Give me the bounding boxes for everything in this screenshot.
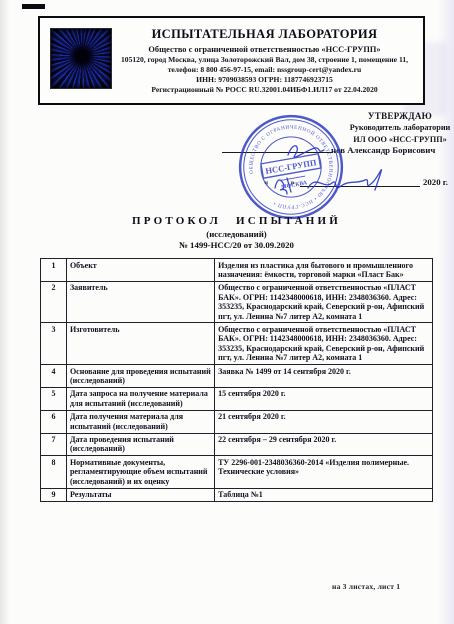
row-value: ТУ 2296-001-2348036360-2014 «Изделия пол… bbox=[215, 456, 433, 488]
row-value: 21 сентября 2020 г. bbox=[215, 410, 433, 433]
row-value: Общество с ограниченной ответственностью… bbox=[215, 281, 433, 323]
protocol-table: 1 Объект Изделия из пластика для бытовог… bbox=[40, 258, 433, 502]
row-number: 6 bbox=[41, 410, 67, 433]
lab-address: 105120, город Москва, улица Золоторожски… bbox=[112, 56, 417, 65]
row-number: 8 bbox=[41, 456, 67, 488]
row-label: Дата проведения испытаний (исследований) bbox=[66, 433, 214, 456]
lab-inn-ogrn: ИНН: 9709038593 ОГРН: 1187746923715 bbox=[112, 76, 417, 85]
table-row: 1 Объект Изделия из пластика для бытовог… bbox=[41, 259, 433, 282]
approver-name: нов Александр Борисович bbox=[331, 145, 435, 155]
approval-year: 2020 г. bbox=[423, 177, 448, 187]
protocol-subtitle: (исследований) bbox=[40, 229, 433, 239]
row-label: Дата получения материала для испытаний (… bbox=[66, 410, 214, 433]
table-row: 6 Дата получения материала для испытаний… bbox=[41, 410, 433, 433]
table-row: 7 Дата проведения испытаний (исследовани… bbox=[41, 433, 433, 456]
row-number: 3 bbox=[41, 323, 67, 365]
row-number: 1 bbox=[41, 259, 67, 282]
scan-left-shading bbox=[0, 0, 10, 624]
protocol-table-body: 1 Объект Изделия из пластика для бытовог… bbox=[41, 259, 433, 502]
letterhead-text: ИСПЫТАТЕЛЬНАЯ ЛАБОРАТОРИЯ Общество с огр… bbox=[112, 23, 417, 94]
scan-artifact-bar bbox=[22, 4, 45, 9]
table-row: 9 Результаты Таблица №1 bbox=[41, 488, 433, 501]
laboratory-starburst-logo bbox=[50, 28, 112, 89]
approve-label: УТВЕРЖДАЮ bbox=[347, 110, 453, 122]
row-number: 2 bbox=[41, 281, 67, 323]
row-label: Нормативные документы, регламентирующие … bbox=[66, 456, 214, 488]
row-label: Изготовитель bbox=[66, 323, 214, 365]
protocol-title-block: ПРОТОКОЛ ИСПЫТАНИЙ (исследований) № 1499… bbox=[40, 215, 433, 250]
row-value: Таблица №1 bbox=[215, 488, 433, 501]
approval-block: УТВЕРЖДАЮ Руководитель лаборатории ИЛ ОО… bbox=[347, 110, 453, 146]
table-row: 4 Основание для проведения испытаний (ис… bbox=[41, 365, 433, 388]
row-value: 22 сентября – 29 сентября 2020 г. bbox=[215, 433, 433, 456]
row-label: Основание для проведения испытаний (иссл… bbox=[66, 365, 214, 388]
row-number: 5 bbox=[41, 387, 67, 410]
row-value: Общество с ограниченной ответственностью… bbox=[215, 323, 433, 365]
protocol-number: № 1499-НСС/20 от 30.09.2020 bbox=[40, 240, 433, 250]
round-company-stamp: ОБЩЕСТВО С ОГРАНИЧЕННОЙ ОТВЕТСТВЕННОСТЬЮ… bbox=[228, 104, 353, 229]
lab-org-name: Общество с ограниченной ответственностью… bbox=[112, 45, 417, 55]
table-row: 8 Нормативные документы, регламентирующи… bbox=[41, 456, 433, 488]
row-value: 15 сентября 2020 г. bbox=[215, 387, 433, 410]
row-value: Заявка № 1499 от 14 сентября 2020 г. bbox=[215, 365, 433, 388]
stamp-city-text: МОСКВА bbox=[281, 180, 309, 191]
row-number: 4 bbox=[41, 365, 67, 388]
protocol-title: ПРОТОКОЛ ИСПЫТАНИЙ bbox=[40, 215, 433, 227]
approver-role-line1: Руководитель лаборатории bbox=[347, 122, 453, 134]
row-label: Результаты bbox=[66, 488, 214, 501]
lab-contacts: телефон: 8 800 456-97-15, email: nssgrou… bbox=[112, 66, 417, 75]
row-number: 9 bbox=[41, 488, 67, 501]
row-number: 7 bbox=[41, 433, 67, 456]
table-row: 5 Дата запроса на получение материала дл… bbox=[41, 387, 433, 410]
lab-registration: Регистрационный № РОСС RU.32001.04ИБФ1.И… bbox=[112, 86, 417, 95]
letterhead-box: ИСПЫТАТЕЛЬНАЯ ЛАБОРАТОРИЯ Общество с огр… bbox=[38, 16, 425, 105]
lab-title: ИСПЫТАТЕЛЬНАЯ ЛАБОРАТОРИЯ bbox=[112, 27, 417, 42]
row-label: Заявитель bbox=[66, 281, 214, 323]
scanned-protocol-page: ИСПЫТАТЕЛЬНАЯ ЛАБОРАТОРИЯ Общество с огр… bbox=[0, 0, 454, 624]
row-value: Изделия из пластика для бытового и промы… bbox=[215, 259, 433, 282]
sheet-count-note: на 3 листах, лист 1 bbox=[332, 582, 400, 591]
table-row: 2 Заявитель Общество с ограниченной отве… bbox=[41, 281, 433, 323]
row-label: Дата запроса на получение материала для … bbox=[66, 387, 214, 410]
table-row: 3 Изготовитель Общество с ограниченной о… bbox=[41, 323, 433, 365]
row-label: Объект bbox=[66, 259, 214, 282]
